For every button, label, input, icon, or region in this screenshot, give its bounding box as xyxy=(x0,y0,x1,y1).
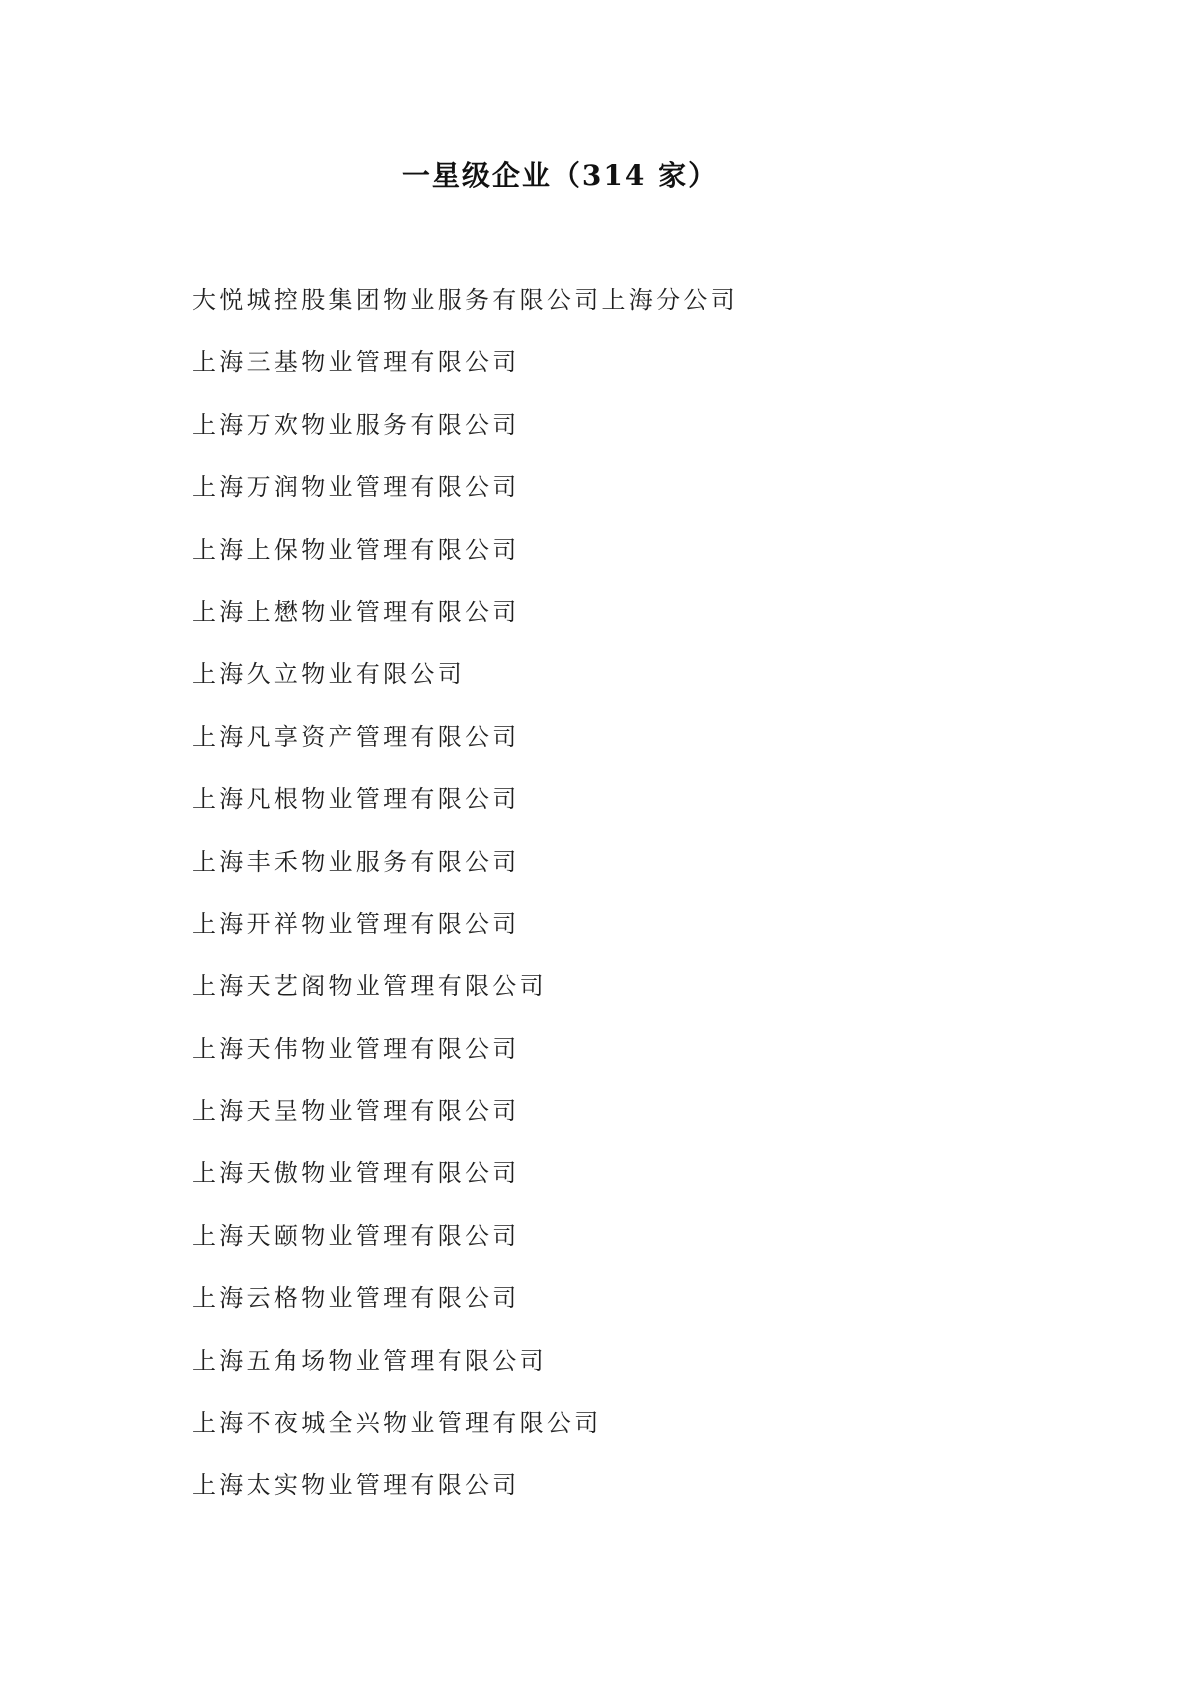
list-item: 上海不夜城全兴物业管理有限公司 xyxy=(192,1392,738,1454)
list-item: 上海上懋物业管理有限公司 xyxy=(192,581,738,643)
list-item: 上海久立物业有限公司 xyxy=(192,643,738,705)
document-page: 一星级企业（314 家） 大悦城控股集团物业服务有限公司上海分公司 上海三基物业… xyxy=(0,0,1190,1683)
list-item: 上海上保物业管理有限公司 xyxy=(192,519,738,581)
list-item: 上海天呈物业管理有限公司 xyxy=(192,1080,738,1142)
list-item: 上海云格物业管理有限公司 xyxy=(192,1267,738,1329)
list-item: 上海万润物业管理有限公司 xyxy=(192,456,738,518)
list-item: 上海三基物业管理有限公司 xyxy=(192,331,738,393)
list-item: 上海凡享资产管理有限公司 xyxy=(192,706,738,768)
list-item: 大悦城控股集团物业服务有限公司上海分公司 xyxy=(192,269,738,331)
list-item: 上海天颐物业管理有限公司 xyxy=(192,1205,738,1267)
list-item: 上海天傲物业管理有限公司 xyxy=(192,1142,738,1204)
list-item: 上海开祥物业管理有限公司 xyxy=(192,893,738,955)
company-list: 大悦城控股集团物业服务有限公司上海分公司 上海三基物业管理有限公司 上海万欢物业… xyxy=(192,269,738,1517)
list-item: 上海太实物业管理有限公司 xyxy=(192,1454,738,1516)
list-item: 上海凡根物业管理有限公司 xyxy=(192,768,738,830)
list-item: 上海五角场物业管理有限公司 xyxy=(192,1330,738,1392)
list-item: 上海天伟物业管理有限公司 xyxy=(192,1018,738,1080)
page-title: 一星级企业（314 家） xyxy=(0,158,1120,194)
list-item: 上海万欢物业服务有限公司 xyxy=(192,394,738,456)
list-item: 上海天艺阁物业管理有限公司 xyxy=(192,955,738,1017)
list-item: 上海丰禾物业服务有限公司 xyxy=(192,831,738,893)
